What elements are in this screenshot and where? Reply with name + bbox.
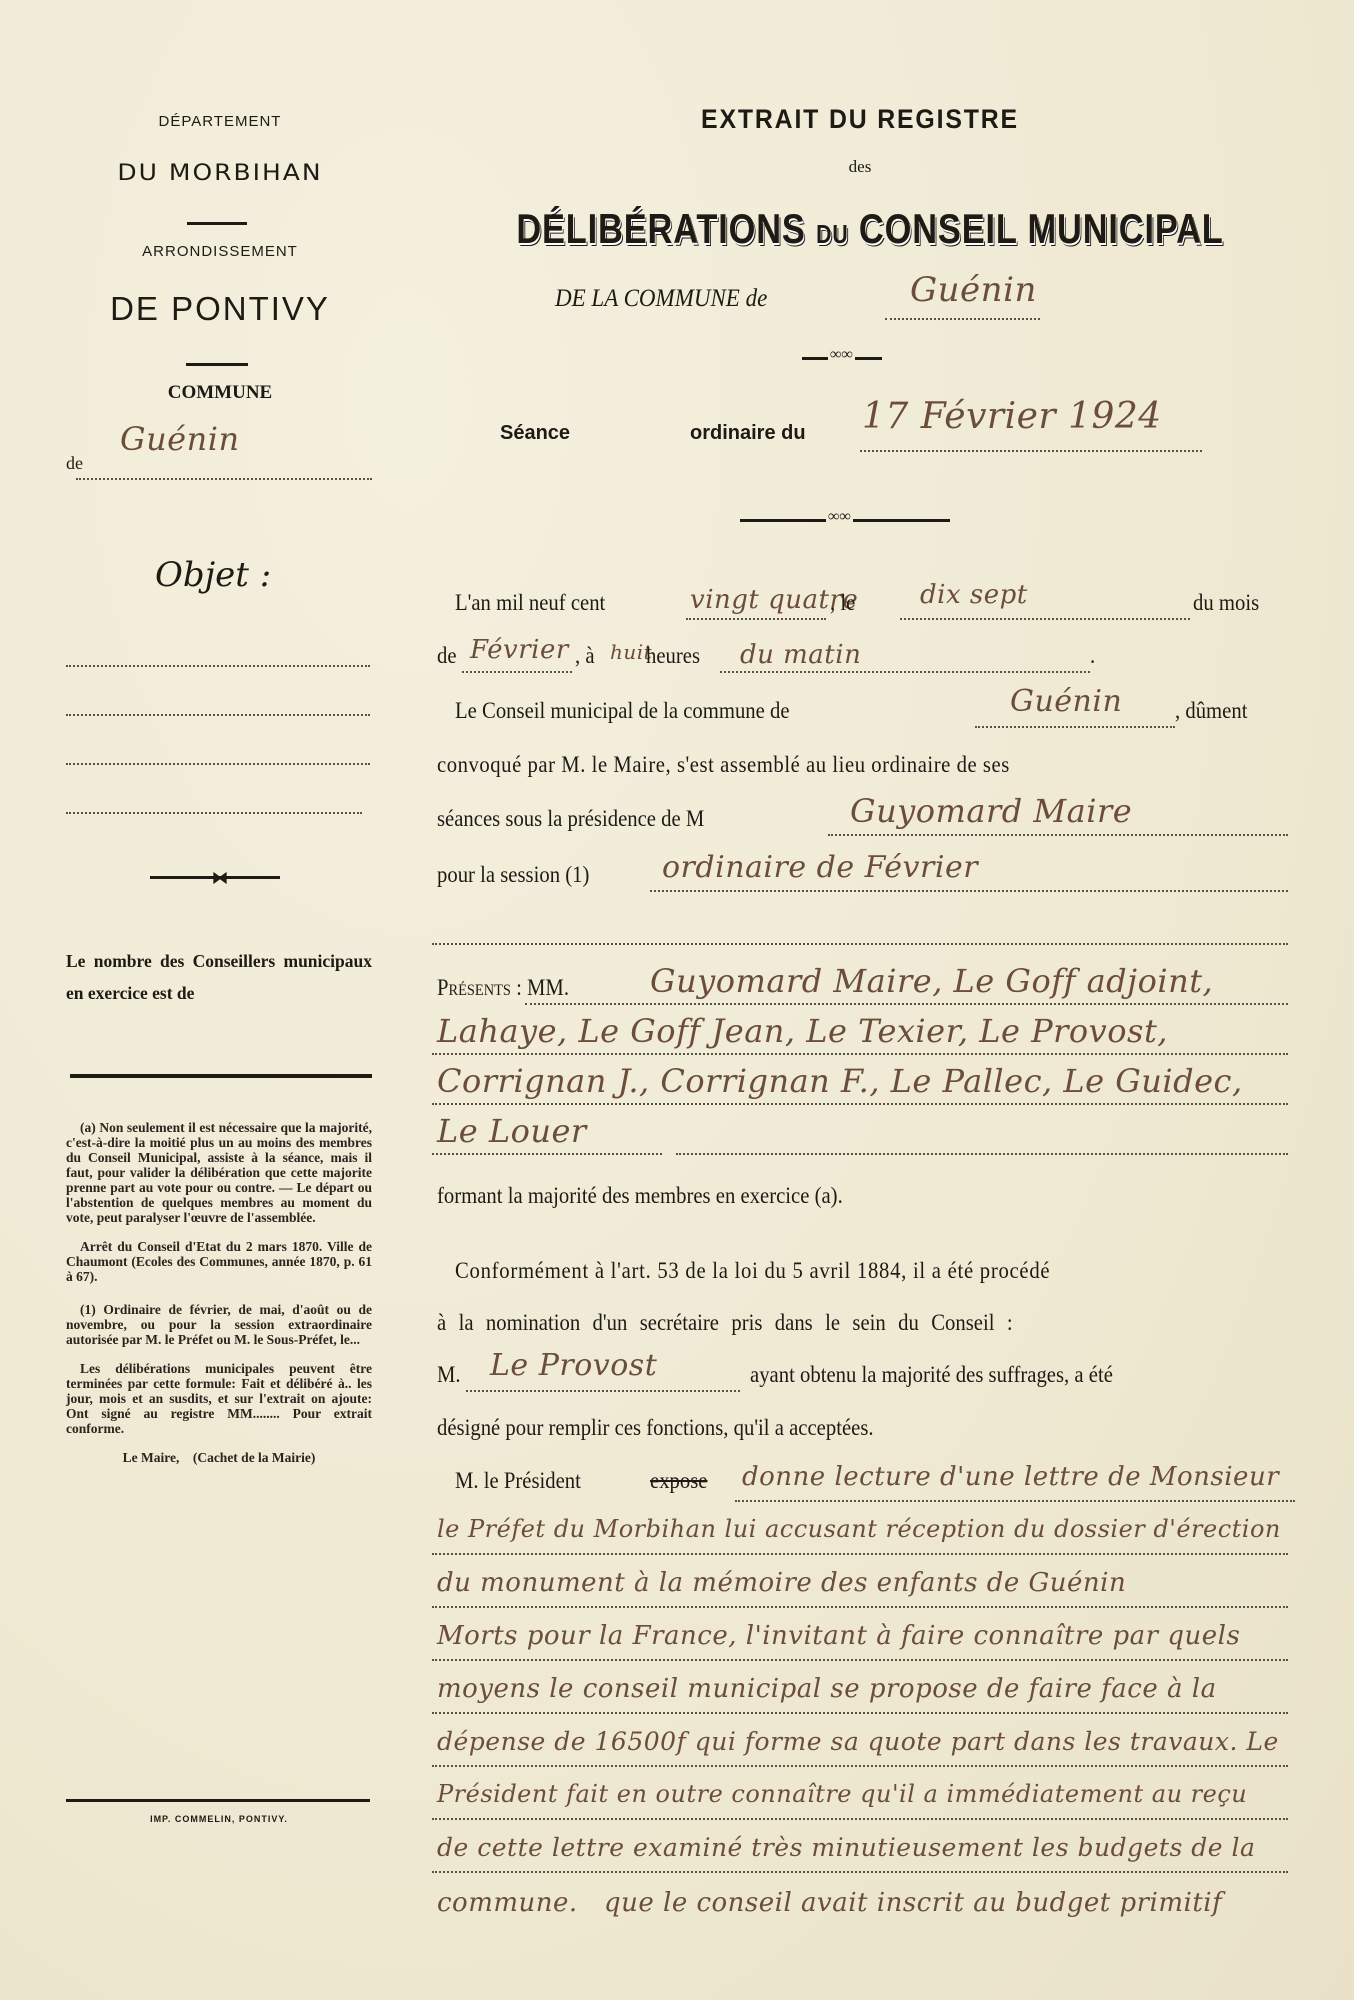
president-hw-1: donne lecture d'une lettre de Monsieur [742, 1462, 1279, 1492]
footnotes: (a) Non seulement il est nécessaire que … [66, 1120, 372, 1479]
footnote-formule: Les délibérations municipales peuvent êt… [66, 1361, 372, 1436]
divider [66, 1799, 370, 1802]
conformement-text-1: Conformément à l'art. 53 de la loi du 5 … [455, 1258, 1301, 1284]
body-text: de [437, 643, 473, 669]
presents-line-4a [432, 1153, 662, 1155]
commune-header-line [885, 318, 1040, 320]
conformement-text-2: à la nomination d'un secrétaire pris dan… [437, 1310, 1301, 1336]
commune-label: COMMUNE [0, 382, 440, 404]
commune-field-value: Guénin [120, 420, 240, 458]
objet-line-2 [66, 714, 370, 716]
president-text-line-1 [735, 1500, 1295, 1502]
struck-word: expose [650, 1468, 740, 1494]
body-text: . [1090, 643, 1108, 669]
presents-line-2 [432, 1053, 1288, 1055]
seance-date-line [860, 450, 1202, 452]
president-hw-8: de cette lettre examiné très minutieusem… [437, 1833, 1255, 1862]
president-text-line-6 [432, 1765, 1288, 1767]
commune-body-value: Guénin [1010, 684, 1122, 719]
presents-names-4: Le Louer [437, 1112, 587, 1150]
conseillers-count-text: Le nombre des Conseillers municipaux en … [66, 945, 372, 1009]
body-text: , dûment [1175, 698, 1283, 724]
president-hw-9: commune. que le conseil avait inscrit au… [437, 1888, 1222, 1918]
department-label: DÉPARTEMENT [0, 113, 440, 130]
ornament-knot-icon: ⧓ [212, 868, 228, 888]
majorite-text: formant la majorité des membres en exerc… [437, 1183, 1202, 1209]
du-word: DU [816, 219, 848, 249]
day-field-line [900, 618, 1190, 620]
presents-names-2: Lahaye, Le Goff Jean, Le Texier, Le Prov… [437, 1012, 1168, 1050]
objet-label: Objet : [155, 555, 271, 595]
body-text: du mois [1193, 590, 1283, 616]
month-field-value: Février [470, 635, 569, 665]
body-text: , à [575, 643, 611, 669]
presents-line-3 [432, 1103, 1288, 1105]
commune-header-value: Guénin [910, 270, 1037, 310]
president-hw-7: Président fait en outre connaître qu'il … [437, 1780, 1247, 1808]
commune-prefix: de [66, 453, 83, 474]
president-text-line-2 [432, 1553, 1288, 1555]
president-text-line-5 [432, 1712, 1288, 1714]
presents-names-3: Corrignan J., Corrignan F., Le Pallec, L… [437, 1062, 1243, 1100]
deliberations-title: DÉLIBÉRATIONS DU CONSEIL MUNICIPAL [509, 205, 1231, 253]
objet-line-3 [66, 763, 370, 765]
president-text-line-4 [432, 1659, 1288, 1661]
time-field-line [720, 671, 1090, 673]
commune-field-line [76, 478, 372, 480]
body-text: heures [646, 643, 718, 669]
seance-label: Séance [500, 422, 570, 445]
president-text-line-3 [432, 1606, 1288, 1608]
ornament-knot-icon: ∞∞ [826, 508, 853, 526]
body-text: , le [830, 590, 902, 616]
president-text-line-7 [432, 1818, 1288, 1820]
objet-line-4 [66, 812, 362, 814]
presents-names-1: Guyomard Maire, Le Goff adjoint, [650, 962, 1213, 1000]
presents-line-4b [676, 1153, 1288, 1155]
footnote-a: (a) Non seulement il est nécessaire que … [66, 1120, 372, 1225]
body-text: convoqué par M. le Maire, s'est assemblé… [437, 752, 1301, 778]
text: L'an mil neuf cent [455, 590, 605, 615]
president-hw-4: Morts pour la France, l'invitant à faire… [437, 1621, 1240, 1651]
president-text-line-8 [432, 1871, 1288, 1873]
department-name: DU MORBIHAN [0, 159, 440, 185]
ornament-knot-icon: ∞∞ [828, 346, 855, 364]
secretaire-field-value: Le Provost [490, 1348, 657, 1383]
president-hw-2: le Préfet du Morbihan lui accusant récep… [437, 1515, 1281, 1543]
session-field-line [650, 890, 1288, 892]
divider [186, 363, 248, 366]
footnote-1: (1) Ordinaire de février, de mai, d'août… [66, 1302, 372, 1347]
arrondissement-label: ARRONDISSEMENT [0, 243, 440, 260]
objet-line-1 [66, 665, 370, 667]
extract-title: EXTRAIT DU REGISTRE [437, 104, 1283, 135]
printer-imprint: IMP. COMMELIN, PONTIVY. [66, 1814, 372, 1824]
body-text: ayant obtenu la majorité des suffrages, … [750, 1362, 1290, 1388]
body-text: M. [437, 1362, 464, 1388]
arrondissement-name: DE PONTIVY [0, 290, 440, 328]
de-la-commune-label: DE LA COMMUNE de [555, 285, 767, 313]
president-prefix: M. le Président [455, 1468, 635, 1494]
left-margin-column: DÉPARTEMENT DU MORBIHAN ARRONDISSEMENT D… [0, 0, 400, 2000]
ordinaire-label: ordinaire du [690, 422, 806, 445]
seance-date-value: 17 Février 1924 [862, 396, 1162, 437]
extract-des: des [400, 157, 1320, 177]
president-hw-6: dépense de 16500f qui forme sa quote par… [437, 1727, 1279, 1756]
presents-line-1 [525, 1003, 1288, 1005]
deliberations-word: DÉLIBÉRATIONS [516, 205, 805, 252]
month-field-line [462, 671, 572, 673]
signature-line: Le Maire, (Cachet de la Mairie) [66, 1450, 372, 1465]
divider-thick [70, 1074, 372, 1078]
commune-body-line [975, 726, 1175, 728]
session-field-value: ordinaire de Février [662, 850, 978, 885]
blank-line [432, 943, 1288, 945]
secretaire-field-line [466, 1390, 740, 1392]
designe-text: désigné pour remplir ces fonctions, qu'i… [437, 1415, 1202, 1441]
president-hw-5: moyens le conseil municipal se propose d… [437, 1674, 1217, 1704]
president-field-line [828, 834, 1288, 836]
conseil-municipal-word: CONSEIL MUNICIPAL [859, 205, 1224, 252]
president-field-value: Guyomard Maire [850, 792, 1132, 830]
footnote-arret: Arrêt du Conseil d'Etat du 2 mars 1870. … [66, 1239, 372, 1284]
day-field-value: dix sept [920, 580, 1028, 610]
time-field-value: du matin [740, 640, 861, 670]
president-hw-3: du monument à la mémoire des enfants de … [437, 1568, 1126, 1598]
divider [187, 222, 247, 225]
year-field-line [686, 618, 826, 620]
